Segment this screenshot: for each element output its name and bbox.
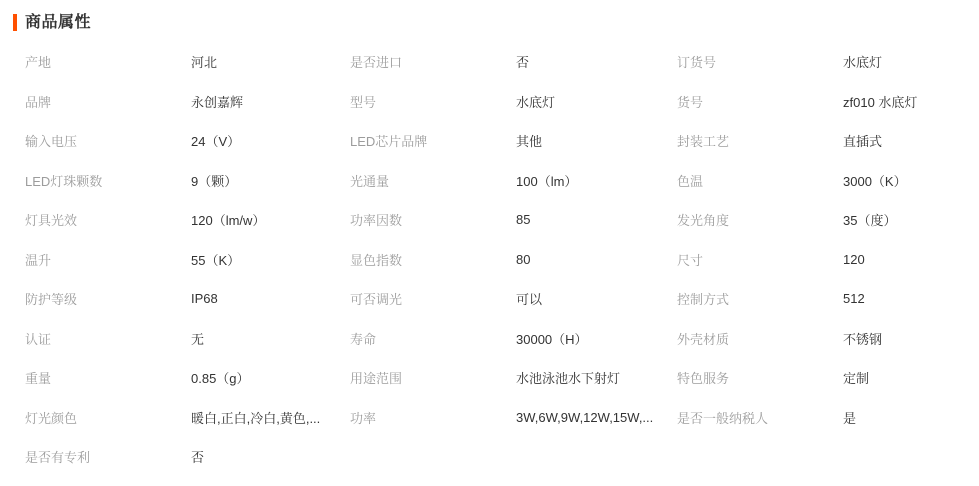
attribute-value: 水底灯 bbox=[516, 92, 677, 111]
attribute-value: 120（lm/w） bbox=[191, 210, 350, 229]
attribute-row: 寿命 30000（H） bbox=[350, 319, 677, 359]
attribute-row: 品牌 永创嘉辉 bbox=[25, 82, 350, 122]
attribute-label: 色温 bbox=[677, 171, 843, 190]
attribute-value: zf010 水底灯 bbox=[843, 92, 979, 111]
attribute-row: 显色指数 80 bbox=[350, 240, 677, 280]
attribute-label: 灯具光效 bbox=[25, 210, 191, 229]
attribute-row: 是否一般纳税人 是 bbox=[677, 398, 979, 438]
attribute-value: 120 bbox=[843, 252, 979, 267]
attribute-value: 定制 bbox=[843, 368, 979, 387]
attribute-label: 发光角度 bbox=[677, 210, 843, 229]
attribute-value: 直插式 bbox=[843, 131, 979, 150]
attribute-row: 可否调光 可以 bbox=[350, 279, 677, 319]
section-header: 商品属性 bbox=[13, 13, 979, 32]
attribute-label: 封装工艺 bbox=[677, 131, 843, 150]
attribute-label: 输入电压 bbox=[25, 131, 191, 150]
attribute-value: 100（lm） bbox=[516, 171, 677, 190]
attributes-grid: 产地 河北 是否进口 否 订货号 水底灯 品牌 永创嘉辉 型号 水底灯 货号 z… bbox=[25, 42, 979, 477]
attribute-row: 防护等级 IP68 bbox=[25, 279, 350, 319]
attribute-label: 是否进口 bbox=[350, 52, 516, 71]
attribute-value: 河北 bbox=[191, 52, 350, 71]
attribute-row: 色温 3000（K） bbox=[677, 161, 979, 201]
attribute-value: 水底灯 bbox=[843, 52, 979, 71]
attribute-row: 发光角度 35（度） bbox=[677, 200, 979, 240]
attribute-label: 寿命 bbox=[350, 329, 516, 348]
attribute-value: 35（度） bbox=[843, 210, 979, 229]
attribute-row: LED芯片品牌 其他 bbox=[350, 121, 677, 161]
attribute-row: 重量 0.85（g） bbox=[25, 358, 350, 398]
attribute-label: LED芯片品牌 bbox=[350, 131, 516, 150]
attribute-label: 功率 bbox=[350, 408, 516, 427]
attribute-label: 防护等级 bbox=[25, 289, 191, 308]
attribute-row: 认证 无 bbox=[25, 319, 350, 359]
attribute-value: 水池泳池水下射灯 bbox=[516, 368, 677, 387]
attribute-value: 9（颗） bbox=[191, 171, 350, 190]
attribute-label: 品牌 bbox=[25, 92, 191, 111]
attribute-label: 外壳材质 bbox=[677, 329, 843, 348]
attribute-row: 用途范围 水池泳池水下射灯 bbox=[350, 358, 677, 398]
attribute-value: 不锈钢 bbox=[843, 329, 979, 348]
attribute-row: 功率因数 85 bbox=[350, 200, 677, 240]
attribute-row: 产地 河北 bbox=[25, 42, 350, 82]
attribute-label: 显色指数 bbox=[350, 250, 516, 269]
attribute-row: 封装工艺 直插式 bbox=[677, 121, 979, 161]
attribute-row: 控制方式 512 bbox=[677, 279, 979, 319]
attribute-label: 特色服务 bbox=[677, 368, 843, 387]
attribute-value: 80 bbox=[516, 252, 677, 267]
attribute-value: 0.85（g） bbox=[191, 368, 350, 387]
attribute-label: 用途范围 bbox=[350, 368, 516, 387]
attribute-row: 温升 55（K） bbox=[25, 240, 350, 280]
attribute-row: 是否有专利 否 bbox=[25, 437, 350, 477]
attribute-label: 型号 bbox=[350, 92, 516, 111]
attribute-row: 货号 zf010 水底灯 bbox=[677, 82, 979, 122]
attribute-value: 30000（H） bbox=[516, 329, 677, 348]
attribute-label: 可否调光 bbox=[350, 289, 516, 308]
attribute-value: 3000（K） bbox=[843, 171, 979, 190]
attribute-row: 特色服务 定制 bbox=[677, 358, 979, 398]
attribute-label: 重量 bbox=[25, 368, 191, 387]
attribute-value: 否 bbox=[191, 447, 350, 466]
attribute-row: 是否进口 否 bbox=[350, 42, 677, 82]
attribute-label: 产地 bbox=[25, 52, 191, 71]
attribute-value: 暖白,正白,冷白,黄色,... bbox=[191, 408, 350, 427]
attribute-value: 无 bbox=[191, 329, 350, 348]
attribute-label: 灯光颜色 bbox=[25, 408, 191, 427]
attribute-row: 光通量 100（lm） bbox=[350, 161, 677, 201]
attribute-row: 功率 3W,6W,9W,12W,15W,... bbox=[350, 398, 677, 438]
attribute-value: IP68 bbox=[191, 291, 350, 306]
attribute-value: 是 bbox=[843, 408, 979, 427]
attribute-label: 光通量 bbox=[350, 171, 516, 190]
attribute-label: 货号 bbox=[677, 92, 843, 111]
attribute-row: 灯具光效 120（lm/w） bbox=[25, 200, 350, 240]
attribute-value: 可以 bbox=[516, 289, 677, 308]
attribute-value: 3W,6W,9W,12W,15W,... bbox=[516, 410, 677, 425]
attribute-value: 85 bbox=[516, 212, 677, 227]
attribute-row: 尺寸 120 bbox=[677, 240, 979, 280]
attribute-row: LED灯珠颗数 9（颗） bbox=[25, 161, 350, 201]
attribute-label: 控制方式 bbox=[677, 289, 843, 308]
attribute-value: 55（K） bbox=[191, 250, 350, 269]
attribute-row: 订货号 水底灯 bbox=[677, 42, 979, 82]
attribute-row: 外壳材质 不锈钢 bbox=[677, 319, 979, 359]
attribute-label: 认证 bbox=[25, 329, 191, 348]
attribute-label: 是否一般纳税人 bbox=[677, 408, 843, 427]
attribute-value: 其他 bbox=[516, 131, 677, 150]
attribute-row: 型号 水底灯 bbox=[350, 82, 677, 122]
attribute-label: 温升 bbox=[25, 250, 191, 269]
attribute-label: 尺寸 bbox=[677, 250, 843, 269]
attribute-label: 订货号 bbox=[677, 52, 843, 71]
attribute-value: 512 bbox=[843, 291, 979, 306]
section-title: 商品属性 bbox=[25, 13, 91, 32]
attribute-label: 是否有专利 bbox=[25, 447, 191, 466]
attribute-label: LED灯珠颗数 bbox=[25, 171, 191, 190]
attribute-value: 24（V） bbox=[191, 131, 350, 150]
attribute-row: 输入电压 24（V） bbox=[25, 121, 350, 161]
attribute-row: 灯光颜色 暖白,正白,冷白,黄色,... bbox=[25, 398, 350, 438]
product-attributes-panel: 商品属性 产地 河北 是否进口 否 订货号 水底灯 品牌 永创嘉辉 型号 水底灯… bbox=[0, 0, 979, 486]
accent-bar-icon bbox=[13, 14, 17, 31]
attribute-value: 永创嘉辉 bbox=[191, 92, 350, 111]
attribute-label: 功率因数 bbox=[350, 210, 516, 229]
attribute-value: 否 bbox=[516, 52, 677, 71]
